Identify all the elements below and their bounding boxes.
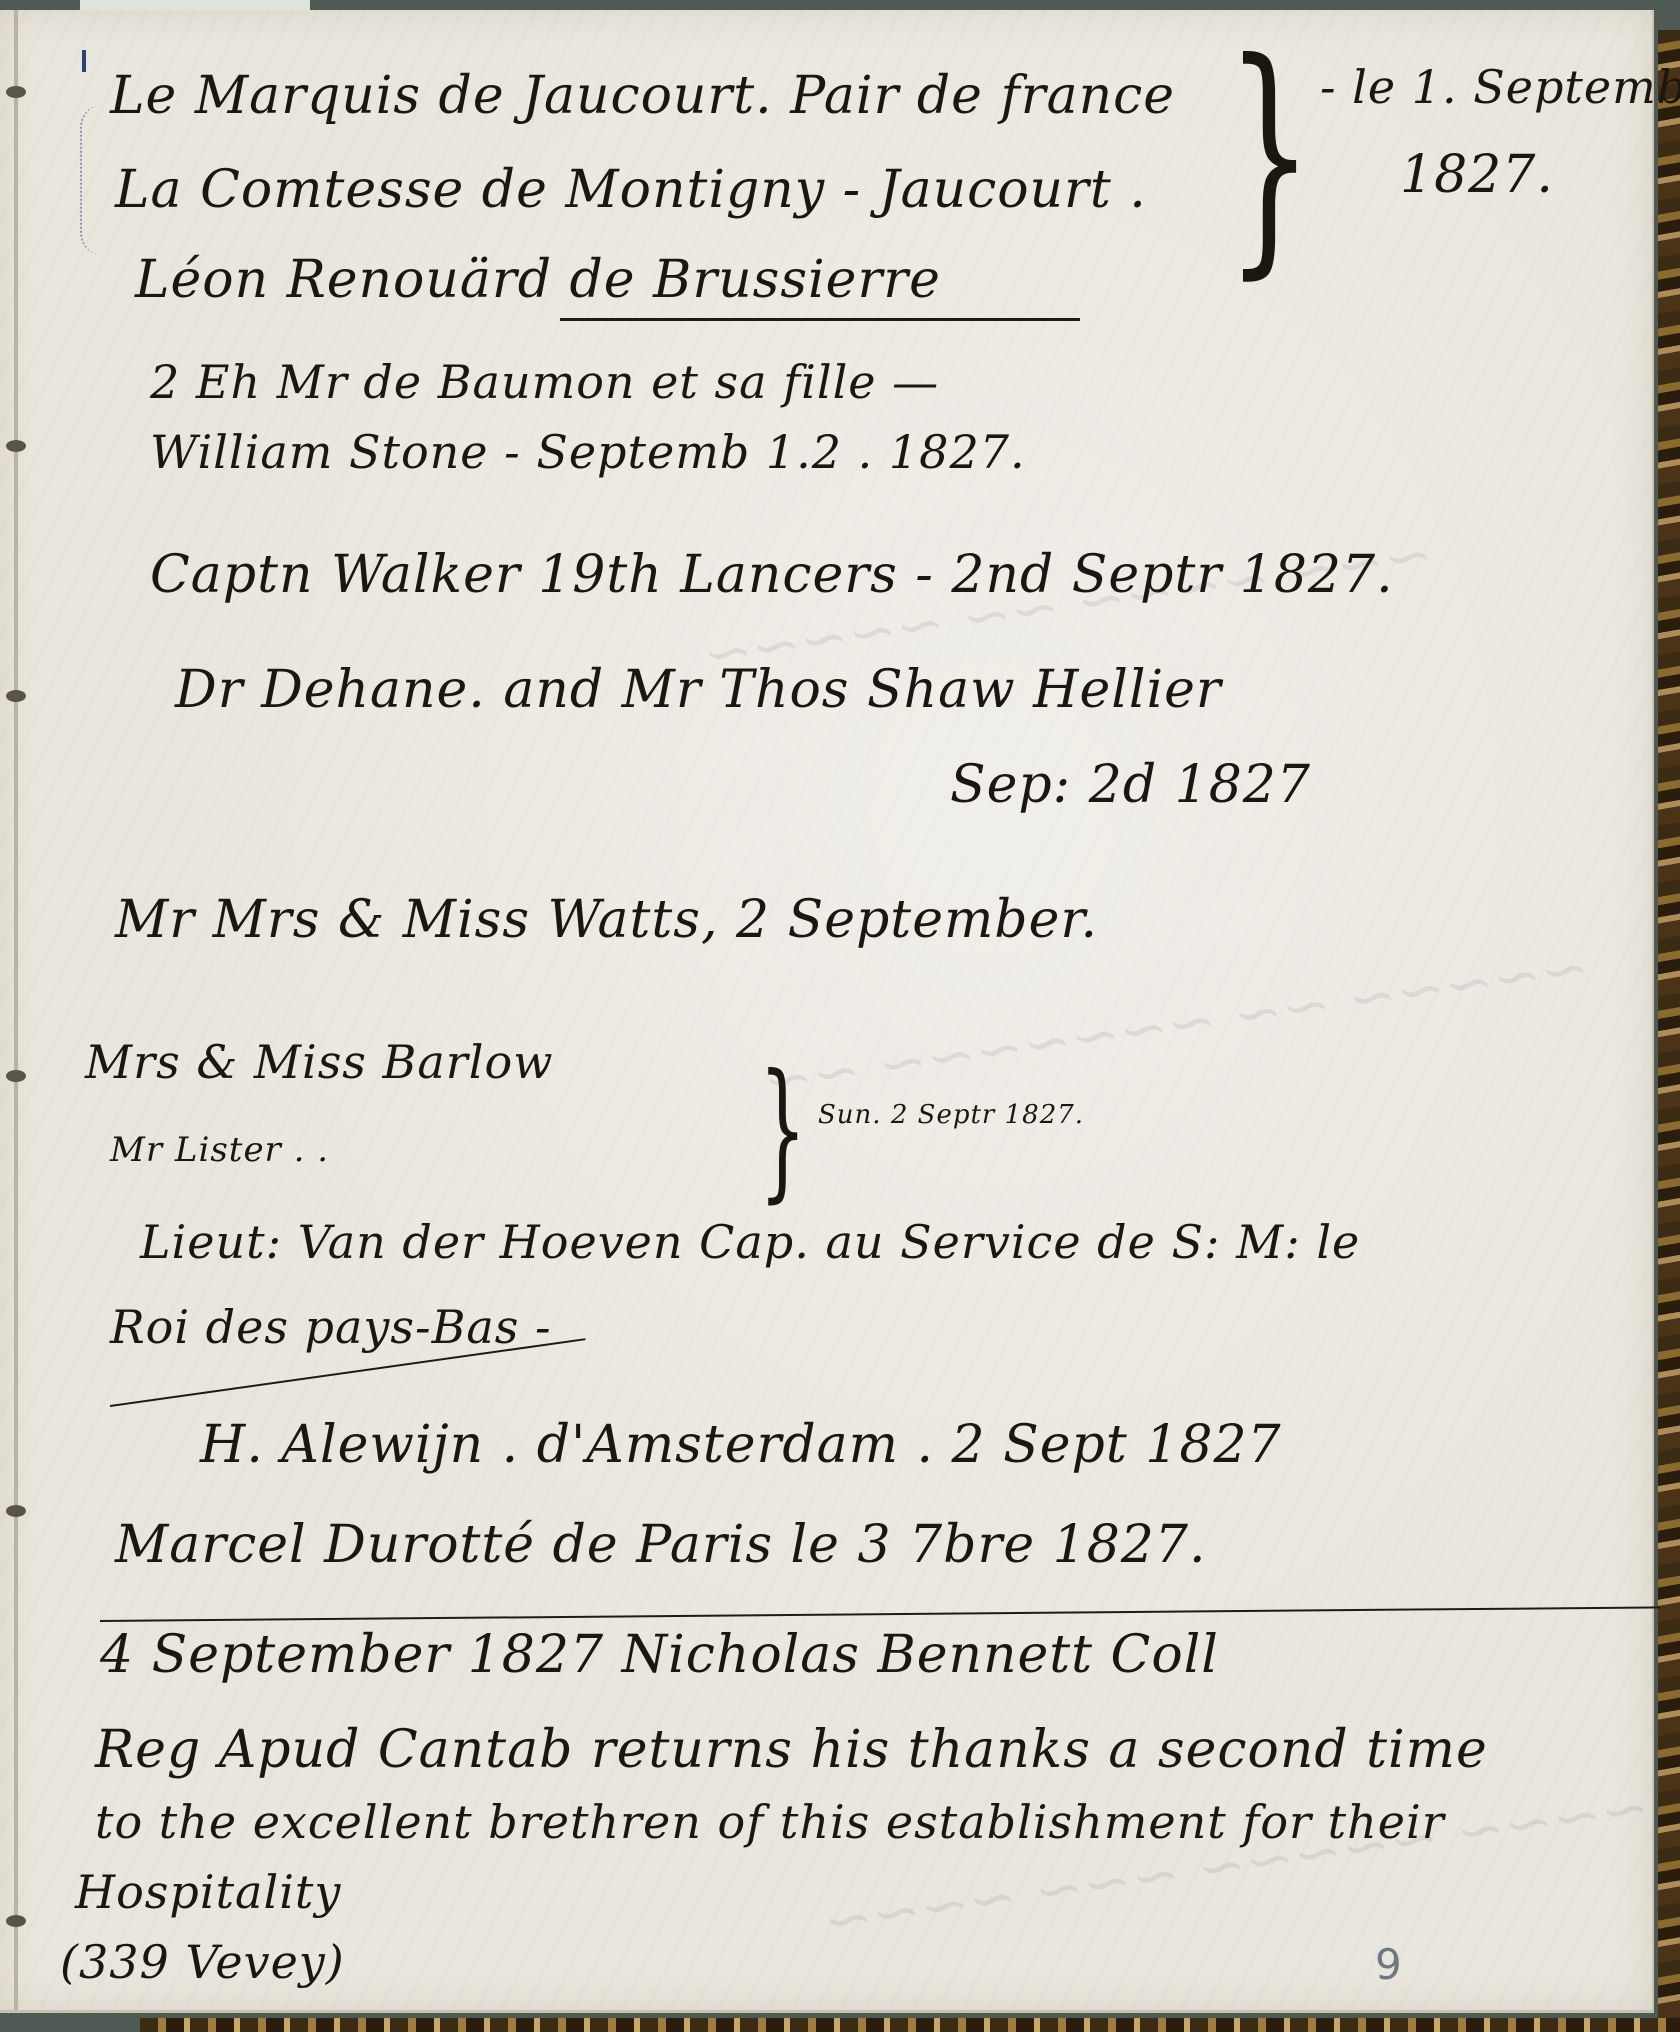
entry-montigny: La Comtesse de Montigny - Jaucourt . [115, 160, 1147, 220]
entry-van-der-hoeven-line2: Roi des pays-Bas - [110, 1300, 552, 1354]
grouping-brace: } [759, 1045, 807, 1215]
page-number: 9 [1375, 1940, 1402, 1989]
entry-group1-year: 1827. [1400, 145, 1554, 205]
entry-walker: Captn Walker 19th Lancers - 2nd Septr 18… [150, 545, 1394, 605]
binding-stitch [6, 1915, 26, 1927]
binding-stitch [6, 1505, 26, 1517]
marbled-cover-bottom [140, 2018, 1680, 2032]
separator-rule [560, 318, 1080, 321]
grouping-brace: } [1226, 10, 1313, 300]
separator-rule [100, 1606, 1660, 1622]
binding-stitch [6, 690, 26, 702]
entry-jaucourt-marquis: Le Marquis de Jaucourt. Pair de france [110, 66, 1175, 126]
entry-stone: William Stone - Septemb 1.2 . 1827. [150, 425, 1026, 479]
entry-bennett-line1: 4 September 1827 Nicholas Bennett Coll [100, 1625, 1219, 1685]
marbled-cover-edge [1658, 30, 1680, 2032]
binding-stitch [6, 86, 26, 98]
pencil-bracket [80, 105, 102, 255]
manuscript-page: ~~~ ~~~~ ~~ ~~~~~ ~~~~~ ~~ ~~~~~~~ ~~ ~~… [0, 10, 1654, 2013]
entry-dehane: Dr Dehane. and Mr Thos Shaw Hellier [175, 660, 1222, 720]
entry-dehane-date: Sep: 2d 1827 [950, 755, 1311, 815]
entry-watts: Mr Mrs & Miss Watts, 2 September. [115, 890, 1098, 950]
ink-mark [82, 50, 86, 72]
entry-baumon: 2 Eh Mr de Baumon et sa fille — [150, 355, 939, 409]
entry-alewijn: H. Alewijn . d'Amsterdam . 2 Sept 1827 [200, 1415, 1282, 1475]
entry-bennett-line4: Hospitality [75, 1865, 341, 1919]
entry-lister: Mr Lister . . [110, 1130, 329, 1170]
bleed-through-text: ~~~~~ ~~ ~~~~~~~ ~~ [759, 932, 1593, 1115]
entry-group1-date: - le 1. Septemb [1320, 60, 1680, 114]
entry-van-der-hoeven-line1: Lieut: Van der Hoeven Cap. au Service de… [140, 1215, 1360, 1269]
entry-barlow-date: Sun. 2 Septr 1827. [818, 1100, 1084, 1130]
entry-bennett-line2: Reg Apud Cantab returns his thanks a sec… [95, 1720, 1488, 1780]
binding-thread [14, 10, 18, 2010]
binding-stitch [6, 1070, 26, 1082]
entry-durotte: Marcel Durotté de Paris le 3 7bre 1827. [115, 1515, 1207, 1575]
binding-stitch [6, 440, 26, 452]
entry-bennett-line3: to the excellent brethren of this establ… [95, 1795, 1445, 1849]
entry-barlow: Mrs & Miss Barlow [85, 1035, 554, 1089]
entry-bennett-line5: (339 Vevey) [60, 1935, 345, 1989]
entry-brussierre: Léon Renouärd de Brussierre [135, 250, 941, 310]
